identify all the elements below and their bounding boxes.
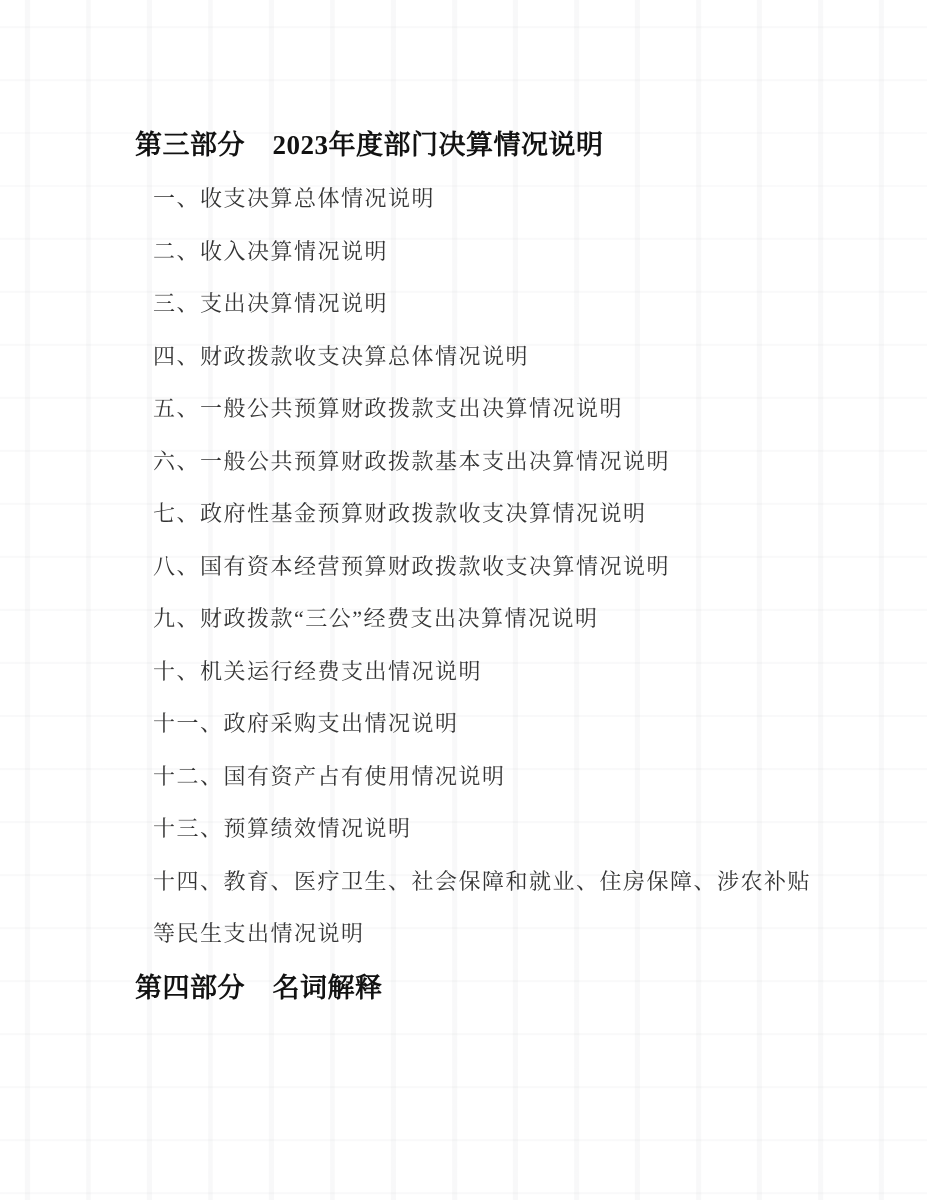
toc-line: 十二、国有资产占有使用情况说明 xyxy=(153,751,815,804)
toc-line: 三、支出决算情况说明 xyxy=(153,278,815,331)
toc-line: 二、收入决算情况说明 xyxy=(153,226,815,279)
toc-line: 四、财政拨款收支决算总体情况说明 xyxy=(153,331,815,384)
toc-line: 十三、预算绩效情况说明 xyxy=(153,803,815,856)
section-4-heading: 第四部分 名词解释 xyxy=(135,970,815,1006)
toc-line: 十一、政府采购支出情况说明 xyxy=(153,698,815,751)
page-content: 第三部分 2023年度部门决算情况说明 一、收支决算总体情况说明 二、收入决算情… xyxy=(135,0,815,1006)
toc-line: 八、国有资本经营预算财政拨款收支决算情况说明 xyxy=(153,541,815,594)
toc-line-continuation: 等民生支出情况说明 xyxy=(153,908,815,961)
toc-line: 一、收支决算总体情况说明 xyxy=(153,173,815,226)
toc-line: 九、财政拨款“三公”经费支出决算情况说明 xyxy=(153,593,815,646)
toc-line: 六、一般公共预算财政拨款基本支出决算情况说明 xyxy=(153,436,815,489)
toc-line: 十、机关运行经费支出情况说明 xyxy=(153,646,815,699)
toc-line: 十四、教育、医疗卫生、社会保障和就业、住房保障、涉农补贴 xyxy=(153,856,815,909)
table-of-contents: 一、收支决算总体情况说明 二、收入决算情况说明 三、支出决算情况说明 四、财政拨… xyxy=(153,173,815,961)
section-3-heading: 第三部分 2023年度部门决算情况说明 xyxy=(135,127,815,163)
toc-line: 五、一般公共预算财政拨款支出决算情况说明 xyxy=(153,383,815,436)
toc-line: 七、政府性基金预算财政拨款收支决算情况说明 xyxy=(153,488,815,541)
document-page: 第三部分 2023年度部门决算情况说明 一、收支决算总体情况说明 二、收入决算情… xyxy=(0,0,927,1200)
